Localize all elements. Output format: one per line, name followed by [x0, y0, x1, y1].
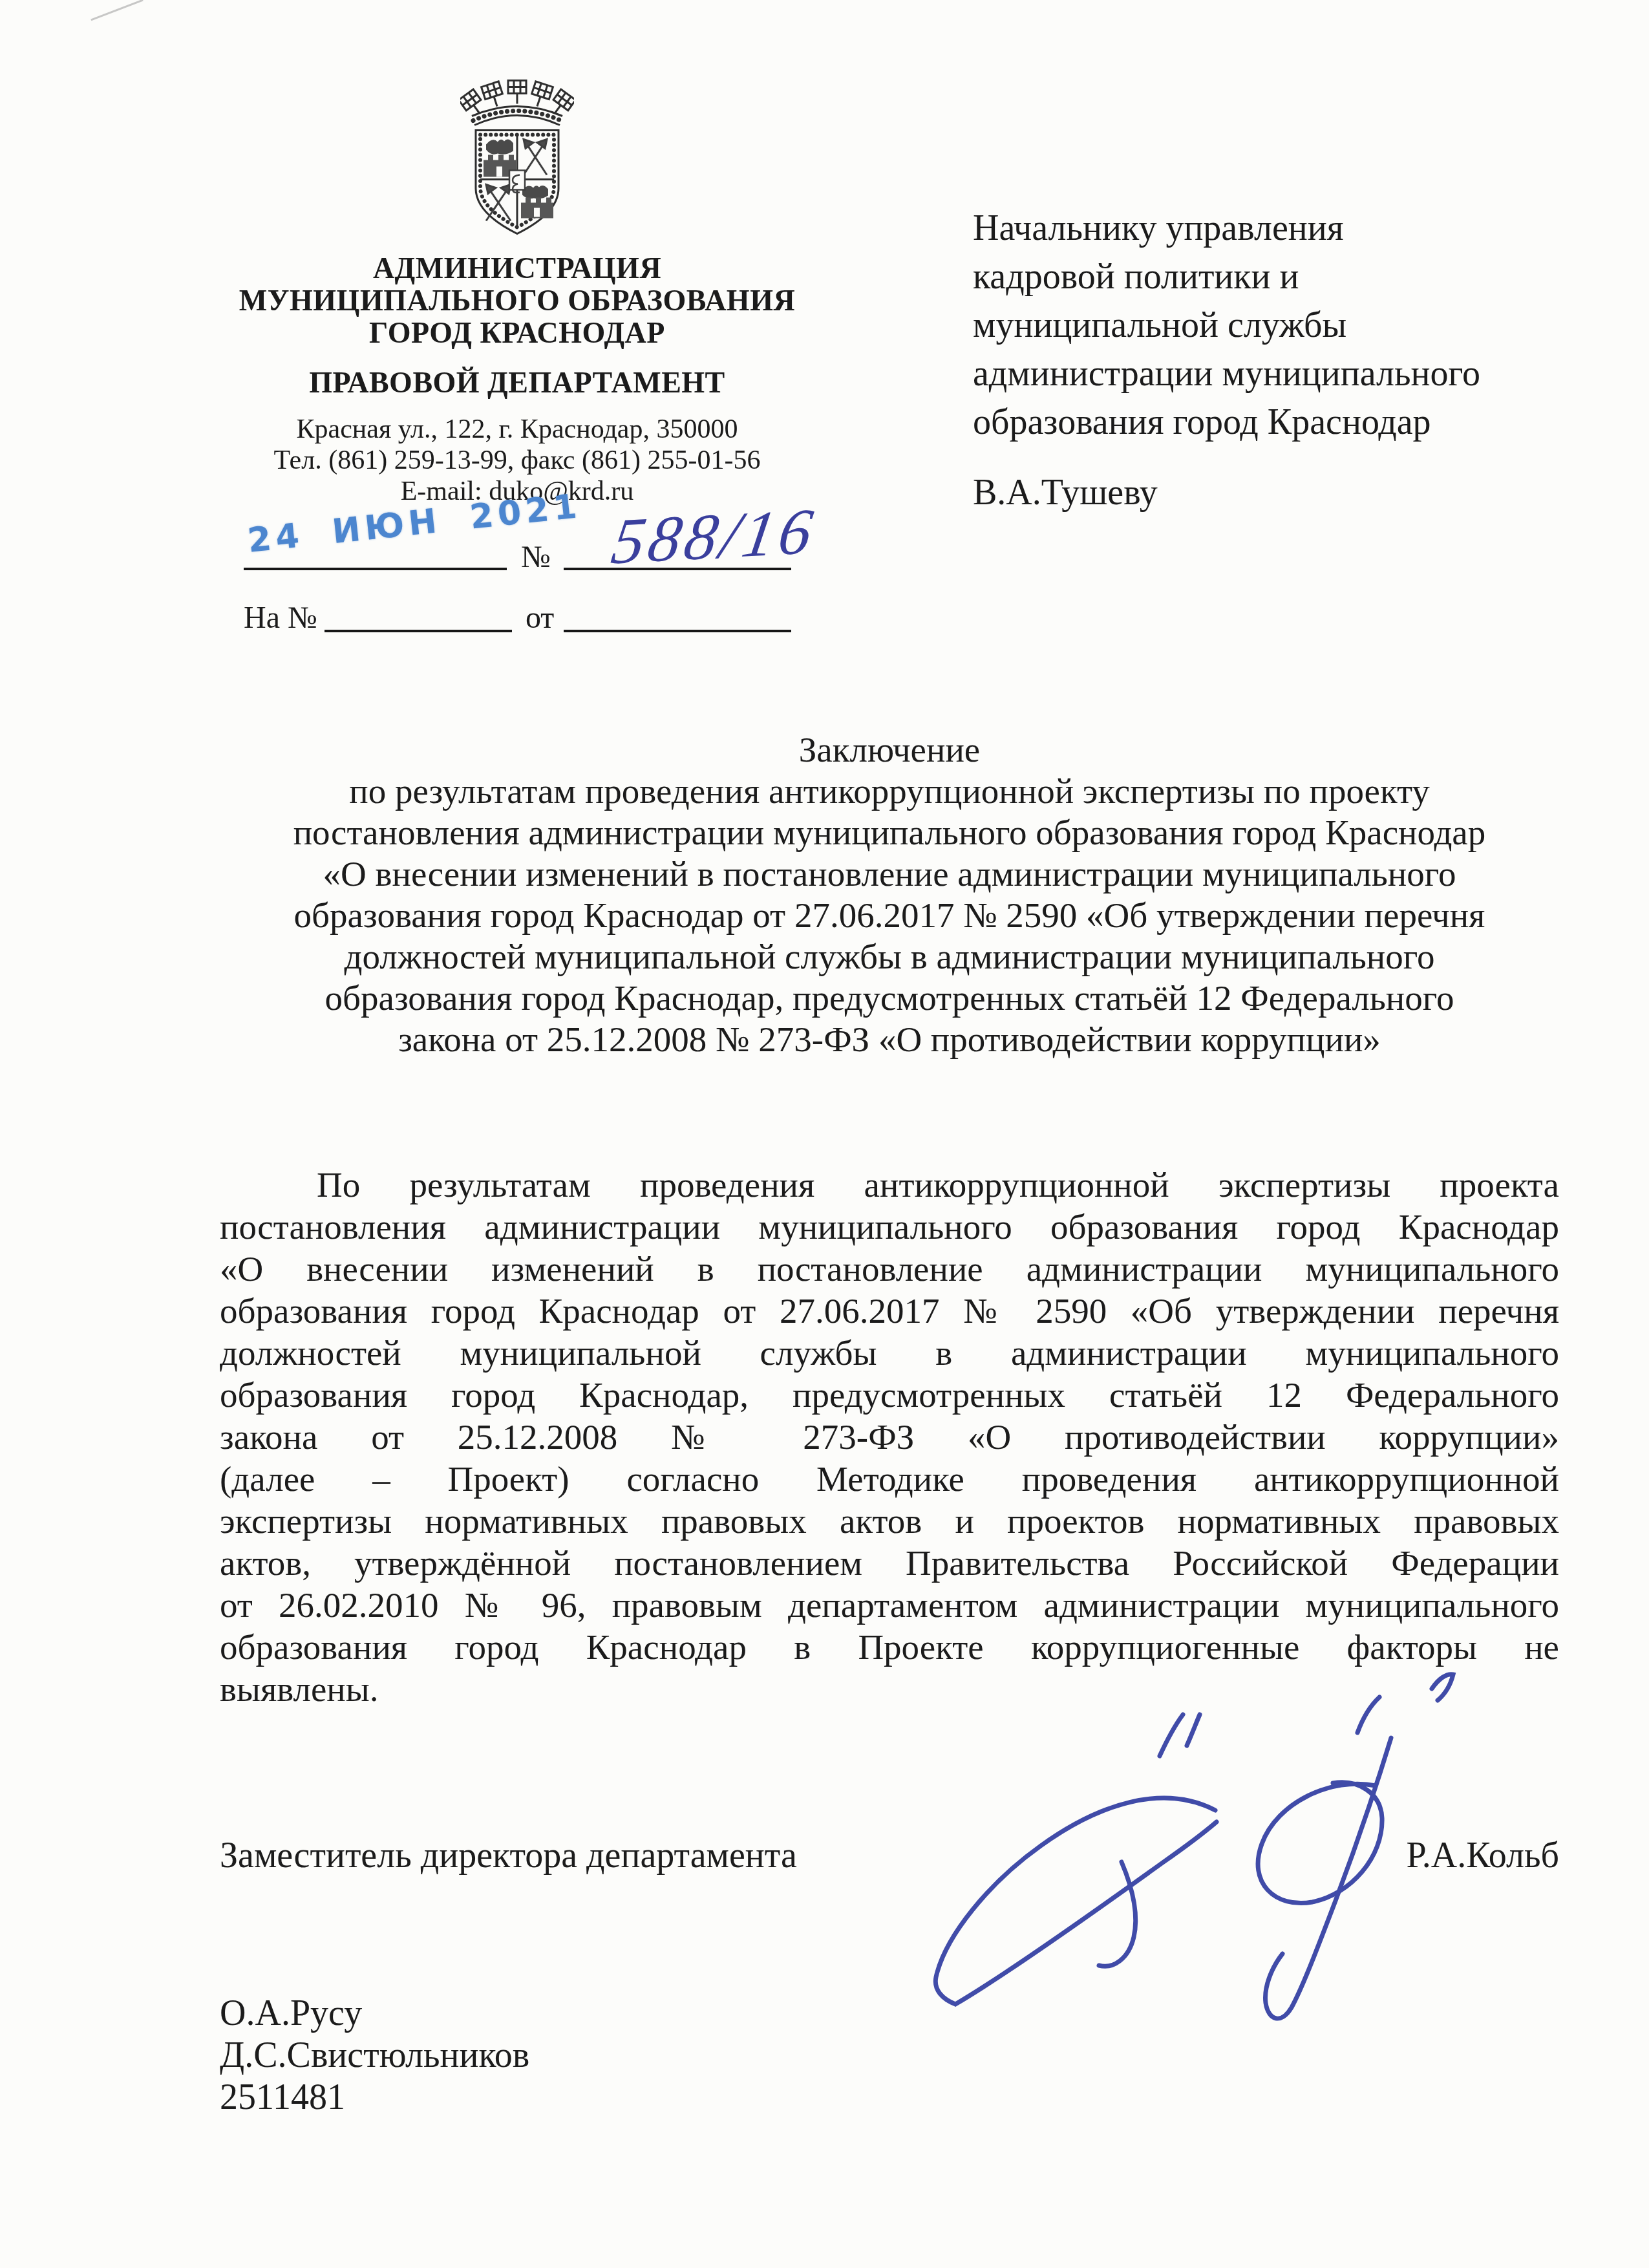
date-blank-rule	[244, 540, 507, 570]
document-title-line: должностей муниципальной службы в админи…	[220, 936, 1559, 978]
executor-name: Д.С.Свистюльников	[220, 2035, 866, 2077]
org-address: Красная ул., 122, г. Краснодар, 350000	[213, 414, 821, 445]
recipient-block: Начальнику управления кадровой политики …	[973, 204, 1555, 447]
body-paragraph-line: «О внесении изменений в постановление ад…	[220, 1248, 1559, 1290]
document-title-line: постановления администрации муниципально…	[220, 812, 1559, 853]
letter-page: АДМИНИСТРАЦИЯ МУНИЦИПАЛЬНОГО ОБРАЗОВАНИЯ…	[0, 0, 1649, 2268]
org-header: АДМИНИСТРАЦИЯ МУНИЦИПАЛЬНОГО ОБРАЗОВАНИЯ…	[213, 252, 821, 507]
body-paragraph-line: от 26.02.2010 № 96, правовым департамент…	[220, 1584, 1559, 1626]
body-paragraph-line: экспертизы нормативных правовых актов и …	[220, 1500, 1559, 1542]
reference-blank-rule	[324, 601, 512, 632]
org-phone: Тел. (861) 259-13-99, факс (861) 255-01-…	[213, 445, 821, 476]
body-paragraph-line: актов, утверждённой постановлением Прави…	[220, 1542, 1559, 1584]
body-paragraph: По результатам проведения антикоррупцион…	[220, 1164, 1559, 1710]
ot-label: от	[526, 600, 554, 636]
department-name: ПРАВОВОЙ ДЕПАРТАМЕНТ	[213, 367, 821, 399]
reference-date-rule	[564, 601, 791, 632]
recipient-line: администрации муниципального	[973, 350, 1555, 398]
eagle-q1	[486, 140, 513, 155]
recipient-line: Начальнику управления	[973, 204, 1555, 253]
recipient-line: муниципальной службы	[973, 301, 1555, 350]
org-name-line: МУНИЦИПАЛЬНОГО ОБРАЗОВАНИЯ	[213, 284, 821, 317]
crown-flag	[508, 81, 526, 104]
document-title-line: образования город Краснодар от 27.06.201…	[220, 895, 1559, 936]
document-title-line: «О внесении изменений в постановление ад…	[220, 853, 1559, 895]
org-name-line: ГОРОД КРАСНОДАР	[213, 317, 821, 349]
body-paragraph-line: закона от 25.12.2008 № 273-ФЗ «О противо…	[220, 1416, 1559, 1458]
executors-block: О.А.Русу Д.С.Свистюльников 2511481	[220, 1993, 866, 2119]
body-paragraph-line: образования город Краснодар от 27.06.201…	[220, 1290, 1559, 1332]
document-title-line: образования город Краснодар, предусмотре…	[220, 978, 1559, 1019]
executor-phone: 2511481	[220, 2077, 866, 2119]
recipient-name: В.А.Тушеву	[973, 472, 1158, 513]
recipient-line: кадровой политики и	[973, 253, 1555, 301]
body-paragraph-line: постановления администрации муниципально…	[220, 1206, 1559, 1248]
crown-flag	[482, 81, 506, 109]
document-title: Заключение по результатам проведения ант…	[220, 729, 1559, 1060]
scan-artifact	[90, 0, 143, 21]
document-title-line: по результатам проведения антикоррупцион…	[220, 771, 1559, 812]
body-paragraph-line: образования город Краснодар, предусмотре…	[220, 1374, 1559, 1416]
eagle-q4	[522, 186, 548, 198]
recipient-line: образования город Краснодар	[973, 398, 1555, 447]
body-paragraph-line: должностей муниципальной службы в админи…	[220, 1332, 1559, 1374]
executor-name: О.А.Русу	[220, 1993, 866, 2035]
body-paragraph-line: По результатам проведения антикоррупцион…	[220, 1164, 1559, 1206]
org-name-line: АДМИНИСТРАЦИЯ	[213, 252, 821, 284]
krasnodar-coat-of-arms	[460, 72, 574, 239]
outgoing-number-handwritten: 588/16	[607, 493, 822, 579]
document-title-heading: Заключение	[220, 729, 1559, 771]
reference-number-label: На №	[244, 600, 317, 636]
body-paragraph-line: (далее – Проект) согласно Методике прове…	[220, 1458, 1559, 1500]
signature-scribble	[899, 1649, 1467, 2043]
signer-position: Заместитель директора департамента	[220, 1835, 797, 1876]
document-title-line: закона от 25.12.2008 № 273-ФЗ «О противо…	[220, 1019, 1559, 1060]
crown-flag	[529, 81, 553, 109]
numero-sign: №	[521, 539, 551, 575]
